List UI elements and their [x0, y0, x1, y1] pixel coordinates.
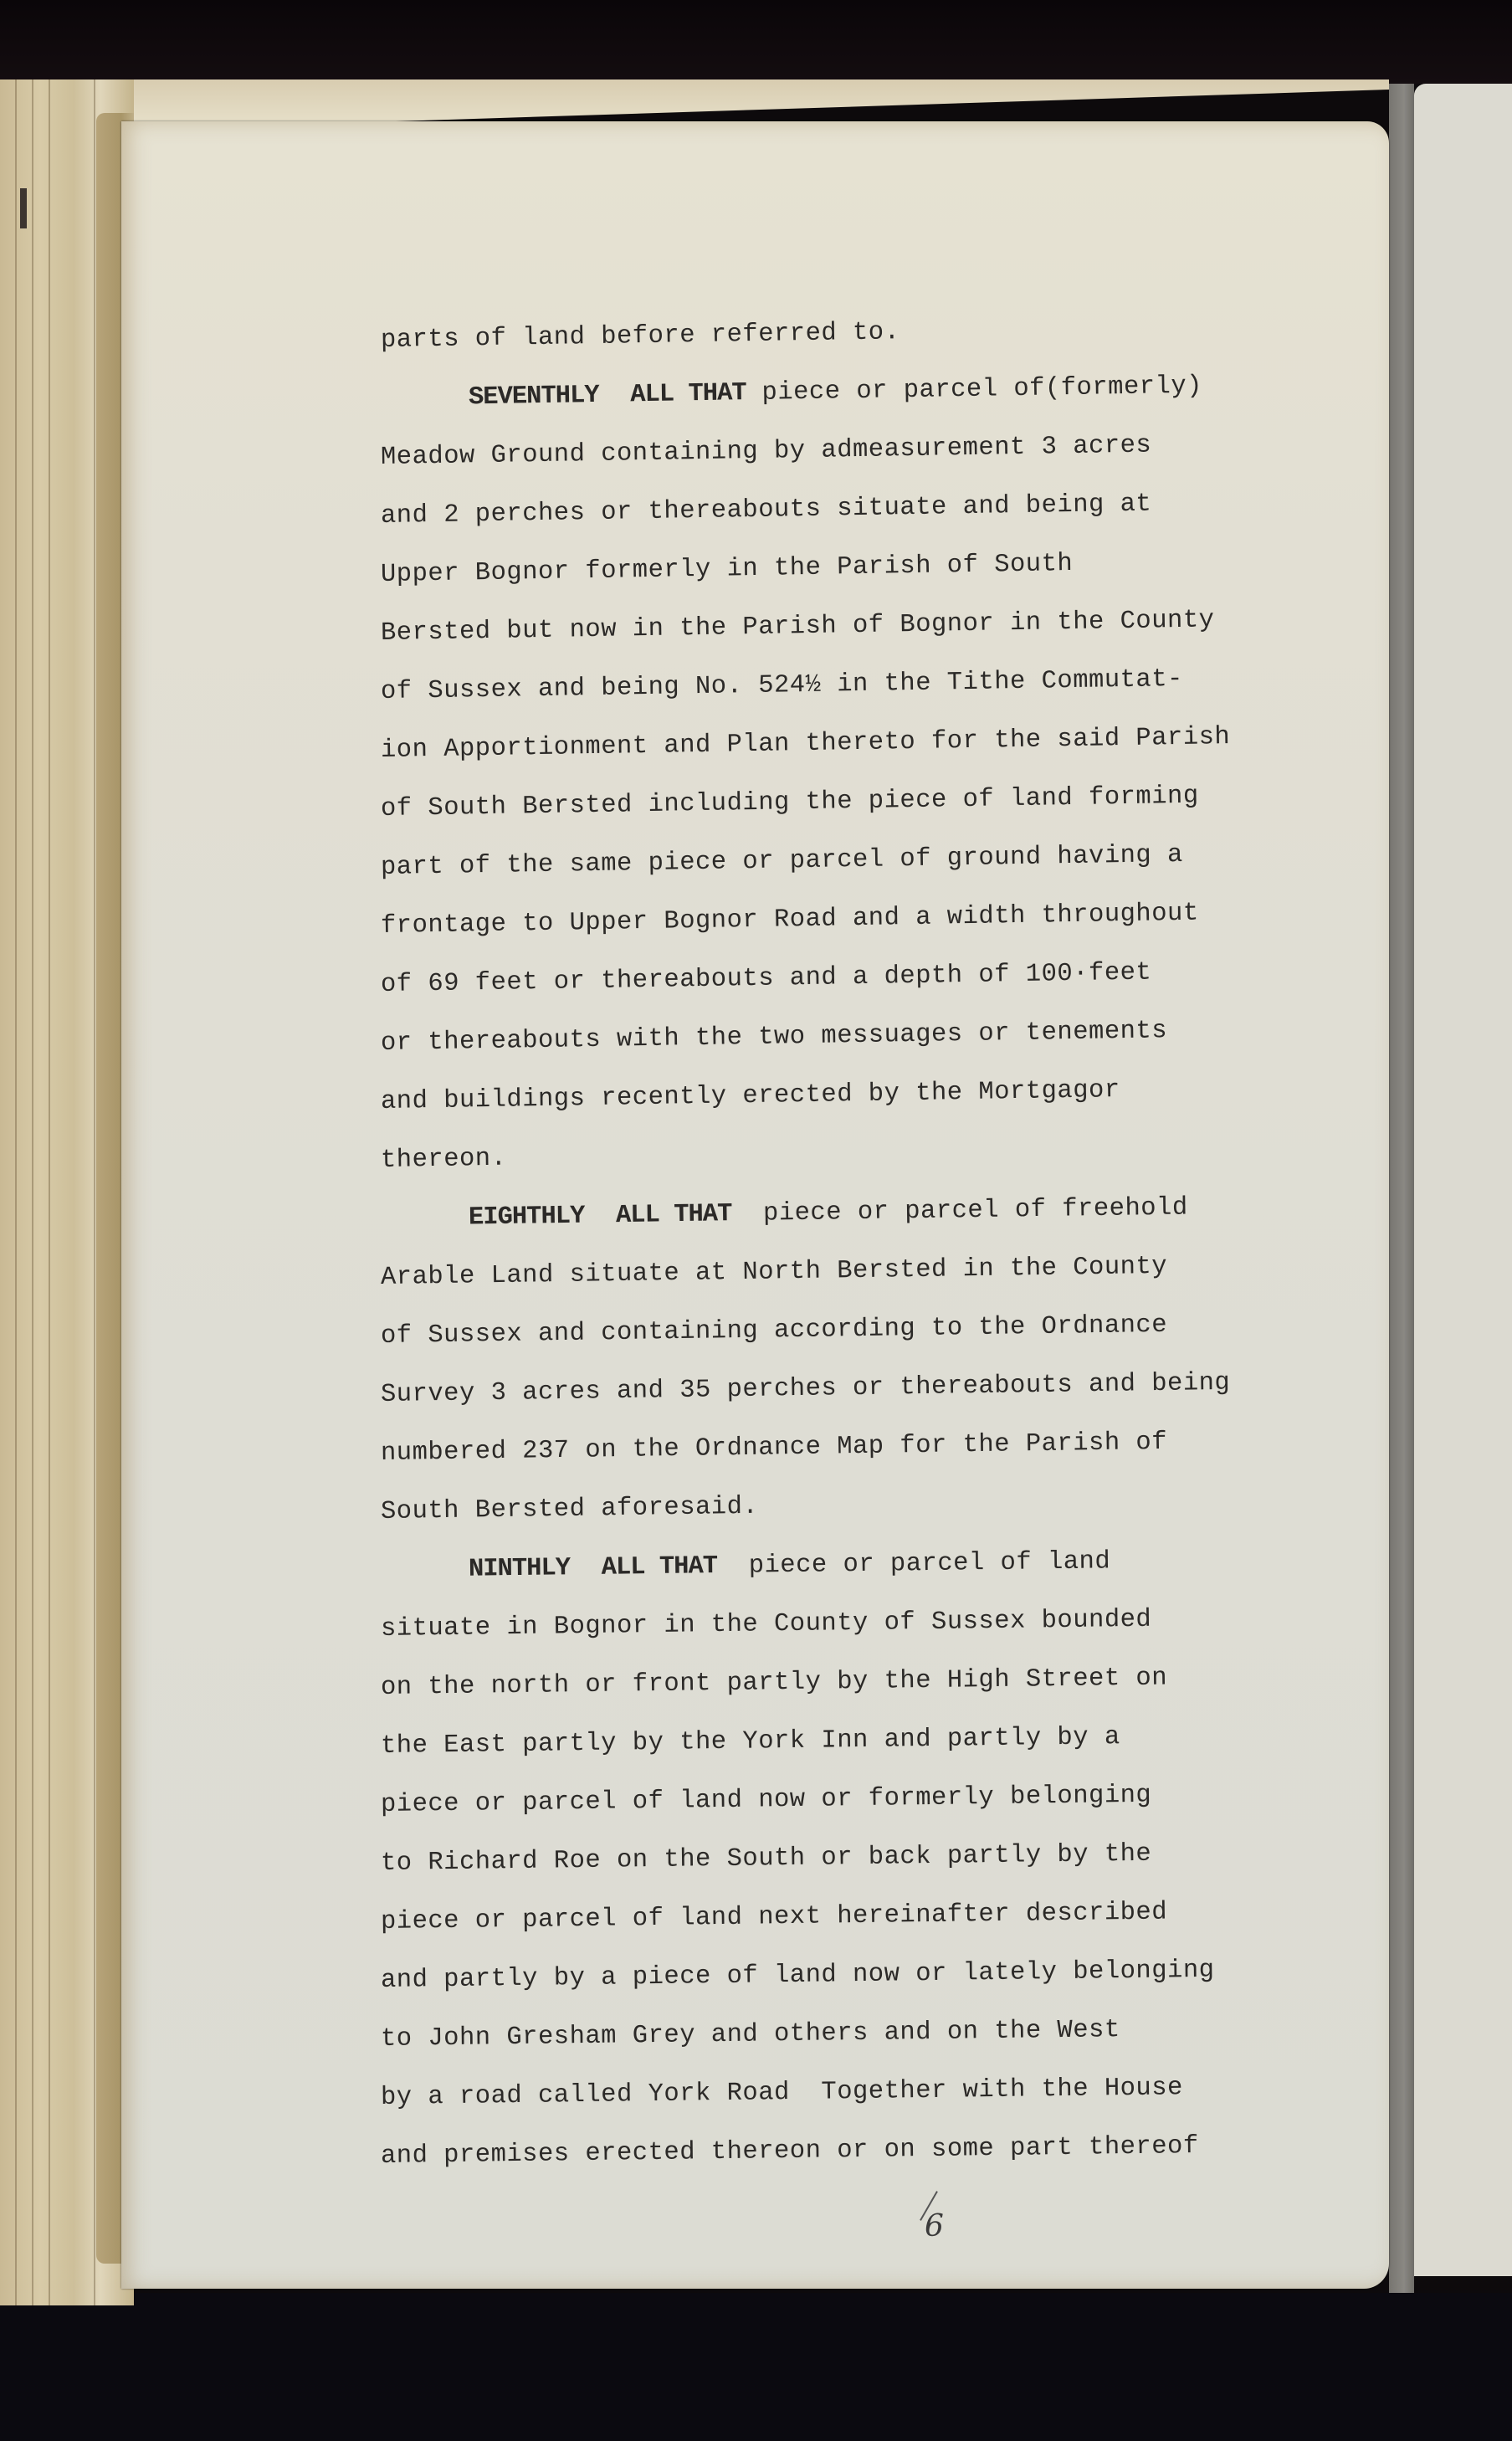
heading-ordinal: SEVENTHLY — [469, 382, 599, 412]
heading-keyword: ALL THAT — [616, 1200, 732, 1230]
binding-tab — [20, 188, 27, 228]
heading-ordinal: EIGHTHLY — [469, 1203, 585, 1233]
handwritten-page-number: 6 — [925, 2209, 958, 2259]
book-gutter-shadow — [1389, 84, 1414, 2293]
background-top — [0, 0, 1512, 84]
typed-text-block: parts of land before referred to. SEVENT… — [381, 311, 1343, 2186]
heading-keyword: ALL THAT — [602, 1552, 718, 1582]
background-bottom — [0, 2293, 1512, 2441]
text-line: and premises erected thereon or on some … — [381, 2115, 1344, 2186]
adjacent-page — [1414, 84, 1512, 2276]
heading-ordinal: NINTHLY — [469, 1554, 571, 1583]
heading-keyword: ALL THAT — [630, 379, 746, 409]
